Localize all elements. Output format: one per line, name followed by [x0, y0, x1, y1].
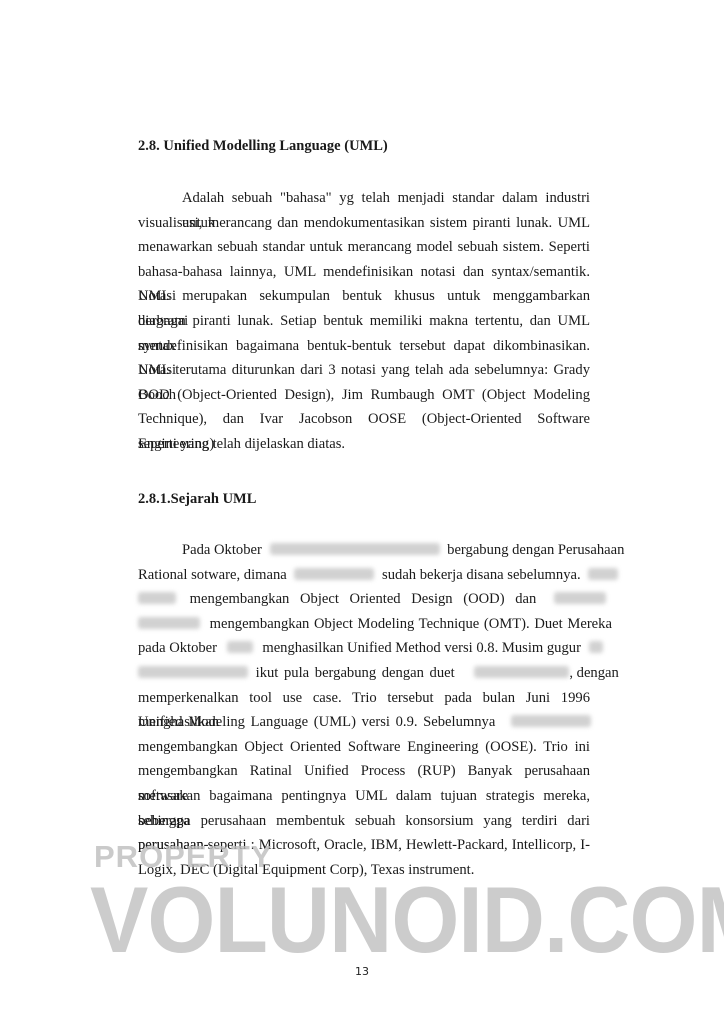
text-fragment: ikut pula bergabung dengan duet [256, 665, 455, 681]
text-line: mengembangkan Object Oriented Design (OO… [138, 587, 590, 612]
text-line: Unified Modeling Language (UML) versi 0.… [138, 710, 590, 735]
text-fragment: mengembangkan Object Oriented Design (OO… [190, 591, 537, 607]
text-fragment: menghasilkan Unified Method versi 0.8. M… [262, 640, 581, 656]
text-line: mengembangkan Object Oriented Software E… [138, 735, 590, 760]
text-line: Adalah sebuah "bahasa" yg telah menjadi … [138, 186, 590, 211]
text-fragment: pada Oktober [138, 640, 217, 656]
redacted-text [270, 543, 440, 555]
text-line: seperti yang telah dijelaskan diatas. [138, 432, 590, 457]
text-fragment: , dengan [569, 665, 618, 681]
redacted-text [294, 568, 374, 580]
text-line: memperkenalkan tool use case. Trio terse… [138, 686, 590, 711]
redacted-text [554, 592, 606, 604]
paragraph-uml-definition: Adalah sebuah "bahasa" yg telah menjadi … [138, 186, 590, 457]
text-line: diagram piranti lunak. Setiap bentuk mem… [138, 309, 590, 334]
text-line: ikut pula bergabung dengan duet , dengan [138, 661, 590, 686]
text-line: mendefinisikan bagaimana bentuk-bentuk t… [138, 334, 590, 359]
text-line: UML merupakan sekumpulan bentuk khusus u… [138, 284, 590, 309]
text-line: UML terutama diturunkan dari 3 notasi ya… [138, 358, 590, 383]
text-line: Technique), dan Ivar Jacobson OOSE (Obje… [138, 407, 590, 432]
document-page: 2.8. Unified Modelling Language (UML) Ad… [0, 0, 724, 1024]
text-line: pada Oktober menghasilkan Unified Method… [138, 636, 590, 661]
text-fragment: Unified Modeling Language (UML) versi 0.… [138, 714, 495, 730]
text-fragment: sudah bekerja disana sebelumnya. [382, 567, 581, 583]
text-line: Rational sotware, dimana sudah bekerja d… [138, 563, 590, 588]
text-line: bahasa-bahasa lainnya, UML mendefinisika… [138, 260, 590, 285]
text-line: visualisasi, merancang dan mendokumentas… [138, 211, 590, 236]
text-line: mengembangkan Object Modeling Technique … [138, 612, 590, 637]
redacted-text [589, 641, 603, 653]
subsection-heading: 2.8.1.Sejarah UML [138, 491, 256, 508]
text-fragment: Rational sotware, dimana [138, 567, 287, 583]
redacted-text [588, 568, 618, 580]
watermark-site: VOLUNOID.COM [90, 873, 611, 967]
redacted-text [138, 666, 248, 678]
text-line: menawarkan sebuah standar untuk merancan… [138, 235, 590, 260]
redacted-text [138, 617, 200, 629]
paragraph-uml-history: Pada Oktober bergabung dengan Perusahaan… [138, 538, 590, 882]
page-number: 13 [0, 965, 724, 978]
redacted-text [511, 715, 591, 727]
text-fragment: bergabung dengan Perusahaan [447, 542, 624, 558]
text-fragment: mengembangkan Object Modeling Technique … [210, 616, 612, 632]
section-heading: 2.8. Unified Modelling Language (UML) [138, 138, 388, 155]
text-line: Pada Oktober bergabung dengan Perusahaan [138, 538, 590, 563]
text-line: merasakan bagaimana pentingnya UML dalam… [138, 784, 590, 809]
redacted-text [474, 666, 569, 678]
text-line: OOD (Object-Oriented Design), Jim Rumbau… [138, 383, 590, 408]
text-fragment: Pada Oktober [182, 542, 262, 558]
redacted-text [138, 592, 176, 604]
text-line: mengembangkan Ratinal Unified Process (R… [138, 759, 590, 784]
text-line: beberapa perusahaan membentuk sebuah kon… [138, 809, 590, 834]
redacted-text [227, 641, 253, 653]
